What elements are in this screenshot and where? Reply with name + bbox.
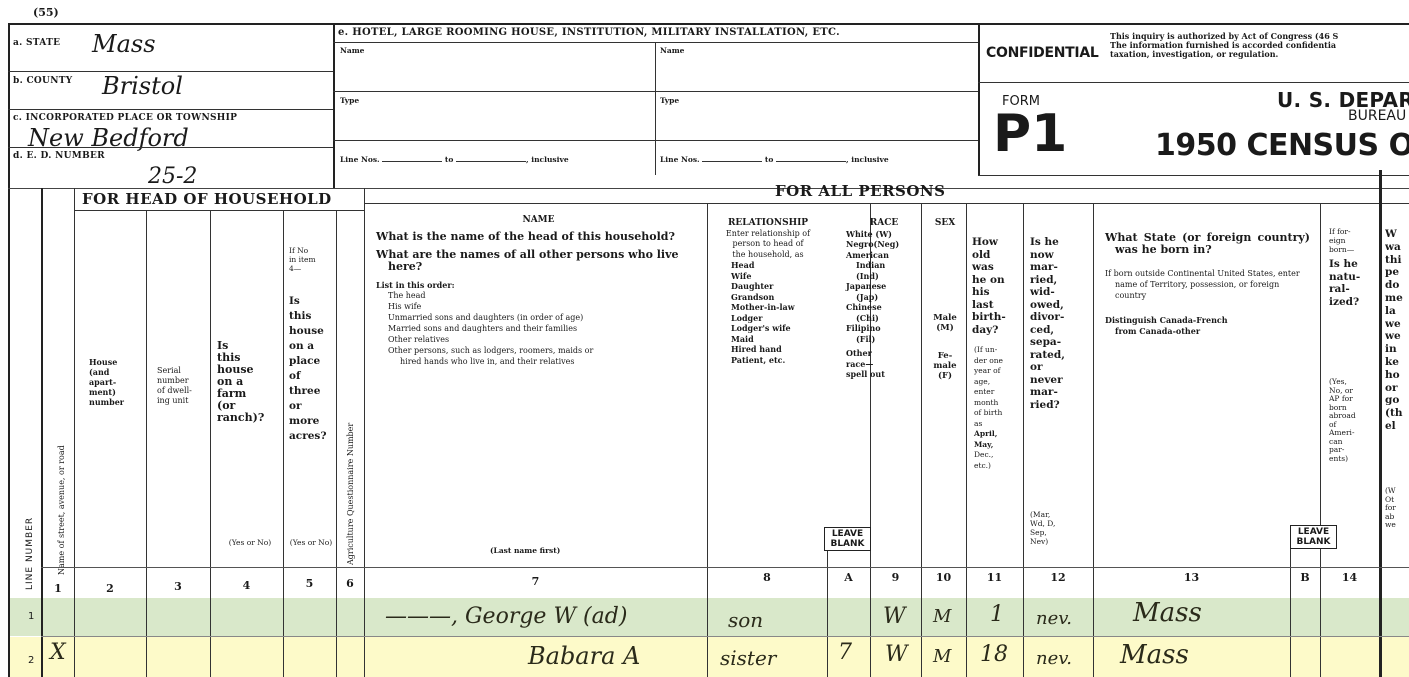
colnum-10: 10 <box>921 571 966 584</box>
colnum-5: 5 <box>283 577 336 590</box>
row2-street-mark[interactable]: X <box>50 640 66 665</box>
colnum-11: 11 <box>966 571 1023 584</box>
state-label: a. STATE <box>13 38 60 48</box>
colnum-7: 7 <box>364 575 707 588</box>
col11-note: (If un-der oneyear ofage,entermonthof bi… <box>974 345 1003 471</box>
section-all-persons: FOR ALL PERSONS <box>775 182 945 200</box>
colnum-1: 1 <box>42 582 74 595</box>
row1-sex[interactable]: M <box>933 606 951 627</box>
col3-header: Serialnumberof dwell-ing unit <box>157 366 192 406</box>
colnum-9: 9 <box>870 571 921 584</box>
row1-line-number: 1 <box>28 611 34 622</box>
row2-race[interactable]: W <box>885 642 908 667</box>
colnum-12: 12 <box>1023 571 1093 584</box>
place-label: c. INCORPORATED PLACE OR TOWNSHIP <box>13 113 237 123</box>
form-id: P1 <box>993 108 1067 160</box>
colnum-8: 8 <box>707 571 827 584</box>
row2-age[interactable]: 18 <box>980 642 1008 667</box>
section-head-of-household: FOR HEAD OF HOUSEHOLD <box>82 190 332 208</box>
col5-pre: If Noin item4— <box>289 246 316 273</box>
col12-header: Is henowmar-ried,wid-owed,divor-ced,sepa… <box>1030 236 1065 411</box>
col15-header-partial: Wwathipedomelaweweinkehoorgo(thel <box>1385 228 1409 433</box>
col7-note: (Last name first) <box>490 546 560 555</box>
col8-header: RELATIONSHIP Enter relationship of perso… <box>709 218 827 365</box>
institution-name-label-1: Name <box>340 46 364 55</box>
col11-header: Howoldwashe onhislastbirth-day? <box>972 236 1006 336</box>
col10-header: SEX Male(M) Fe-male(F) <box>924 218 966 381</box>
row2-marital[interactable]: nev. <box>1036 648 1072 669</box>
county-label: b. COUNTY <box>13 76 72 86</box>
col14-note: (Yes,No, orAP forbornabroadofAmeri-canpa… <box>1329 378 1356 463</box>
leave-blank-b: LEAVEBLANK <box>1290 525 1337 549</box>
row1-name[interactable]: ———, George W (ad) <box>385 604 627 629</box>
table-row-2[interactable] <box>10 637 1409 677</box>
colnum-6: 6 <box>336 577 364 590</box>
col1-header: Name of street, avenue, or road <box>57 385 66 575</box>
sheet-number: (55) <box>33 6 59 19</box>
institution-type-label-2: Type <box>660 96 679 105</box>
col4-header: Isthishouseon afarm(orranch)? <box>217 340 264 424</box>
col5-header: Isthishouseon aplaceofthreeormoreacres? <box>289 294 326 444</box>
institution-title: e. HOTEL, LARGE ROOMING HOUSE, INSTITUTI… <box>338 27 840 38</box>
left-border <box>8 23 10 677</box>
line-nos-label-1: Line Nos. to , inclusive <box>340 155 569 164</box>
col15-note-partial: (WOtforabwe <box>1385 487 1409 530</box>
county-value[interactable]: Bristol <box>102 72 183 100</box>
top-border <box>8 23 1409 25</box>
row2-relationship[interactable]: sister <box>720 646 776 670</box>
col2-header: House(andapart-ment)number <box>89 357 124 407</box>
institution-type-label-1: Type <box>340 96 359 105</box>
colnum-14: 14 <box>1320 571 1379 584</box>
row1-race[interactable]: W <box>883 604 906 629</box>
row1-marital[interactable]: nev. <box>1036 608 1072 629</box>
row2-leave-a[interactable]: 7 <box>838 640 852 665</box>
colnum-2: 2 <box>74 582 146 595</box>
colnum-a: A <box>827 571 870 584</box>
col14-pre: If for-eignborn— <box>1329 227 1354 254</box>
authority-text: This inquiry is authorized by Act of Con… <box>1110 32 1338 59</box>
line-number-header: LINE NUMBER <box>25 490 35 590</box>
col9-header: RACE White (W)Negro(Neg)American Indian(… <box>846 218 922 380</box>
institution-name-label-2: Name <box>660 46 684 55</box>
col7-header: NAME What is the name of the head of thi… <box>376 215 701 367</box>
census-title: 1950 CENSUS OF PO <box>1155 128 1409 163</box>
col4-note: (Yes or No) <box>222 538 278 547</box>
colnum-4: 4 <box>210 579 283 592</box>
row2-line-number: 2 <box>28 655 34 666</box>
row2-name[interactable]: Babara A <box>528 642 640 670</box>
col12-note: (Mar,Wd, D,Sep,Nev) <box>1030 510 1055 546</box>
row1-birthplace[interactable]: Mass <box>1133 598 1202 628</box>
row2-sex[interactable]: M <box>933 646 951 667</box>
confidential-label: CONFIDENTIAL <box>986 45 1098 61</box>
bureau-title: BUREAU <box>1348 108 1406 124</box>
colnum-b: B <box>1290 571 1320 584</box>
ed-number-value[interactable]: 25-2 <box>148 164 197 189</box>
col5-note: (Yes or No) <box>287 538 335 547</box>
row2-birthplace[interactable]: Mass <box>1120 640 1189 670</box>
col13-header: What State (or foreign country) was he b… <box>1105 232 1310 337</box>
row1-age[interactable]: 1 <box>990 602 1004 627</box>
state-value[interactable]: Mass <box>92 30 156 58</box>
col14-header: Is henatu-ral-ized? <box>1329 258 1360 308</box>
colnum-13: 13 <box>1093 571 1290 584</box>
ed-number-label: d. E. D. NUMBER <box>13 151 105 161</box>
row1-relationship[interactable]: son <box>728 608 763 632</box>
leave-blank-a: LEAVEBLANK <box>824 527 871 551</box>
colnum-3: 3 <box>146 580 210 593</box>
line-nos-label-2: Line Nos. to , inclusive <box>660 155 889 164</box>
col6-header: Agriculture Questionnaire Number <box>346 370 355 565</box>
